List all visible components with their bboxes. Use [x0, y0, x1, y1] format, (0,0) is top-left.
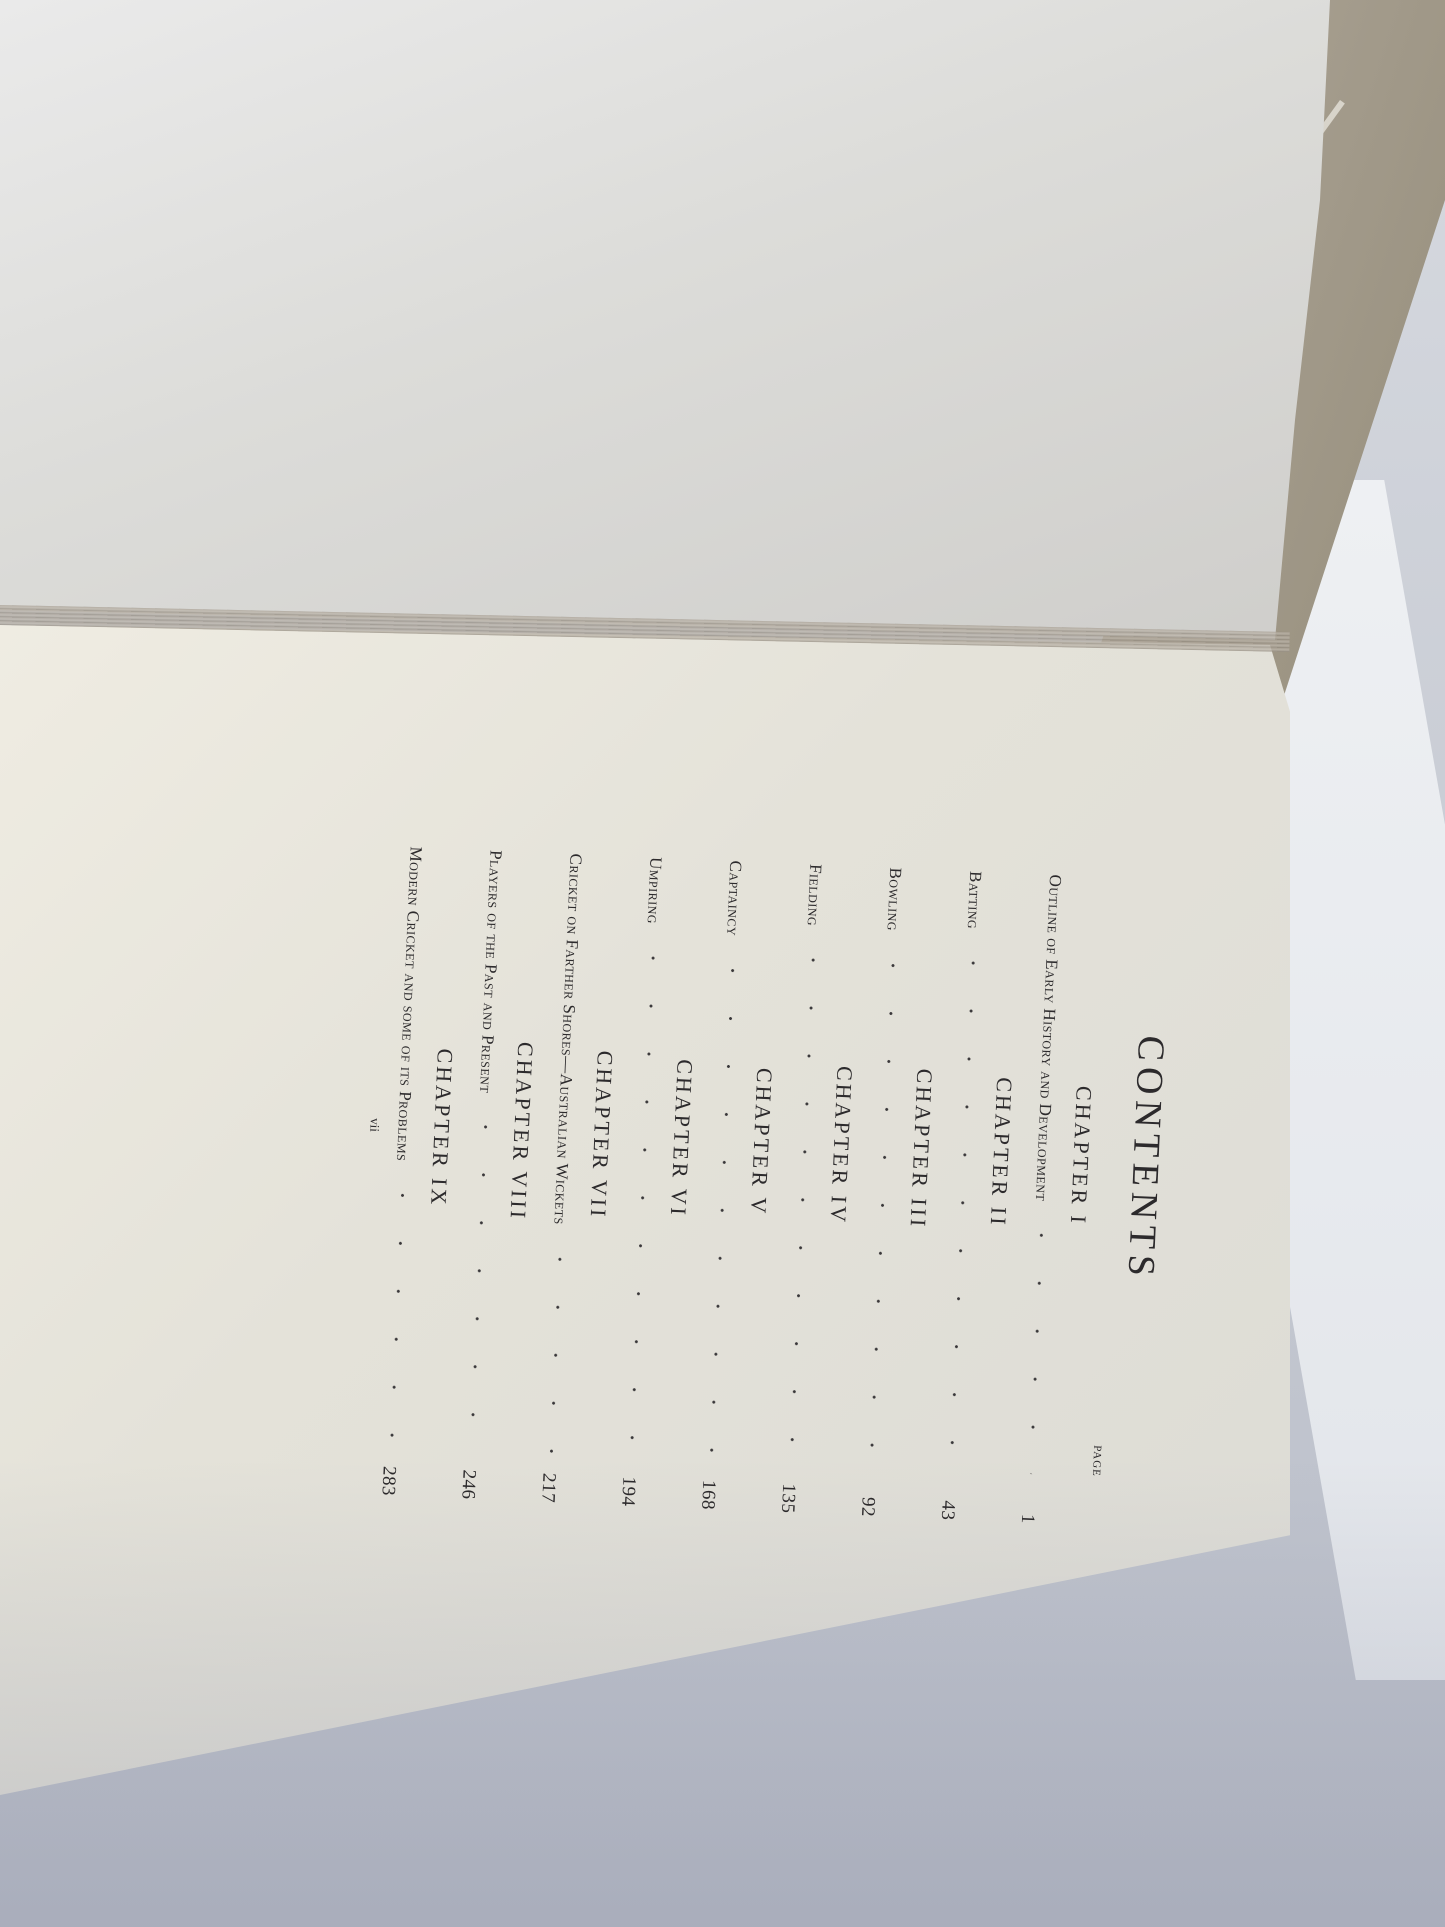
entry-title: Umpiring	[643, 857, 666, 925]
chapter-heading: CHAPTER V	[736, 862, 786, 1423]
chapter-3: CHAPTER III Bowling 92	[851, 867, 946, 1629]
chapter-heading: CHAPTER VIII	[496, 851, 546, 1412]
chapter-heading: CHAPTER IV	[816, 865, 866, 1426]
page-number: 194	[616, 1466, 640, 1507]
chapter-heading: CHAPTER IX	[416, 848, 466, 1409]
entry-title: Bowling	[883, 867, 906, 931]
dot-leader	[389, 1171, 407, 1446]
chapter-heading: CHAPTER VI	[656, 858, 706, 1419]
page-number: 1	[1016, 1483, 1040, 1524]
entry-title: Captaincy	[722, 860, 745, 936]
page-number: 283	[376, 1456, 400, 1497]
entry-title: Outline of Early History and Development	[1031, 874, 1065, 1202]
chapter-7: CHAPTER VII Cricket on Farther Shores—Au…	[531, 853, 626, 1615]
chapter-8: CHAPTER VIII Players of the Past and Pre…	[452, 850, 547, 1612]
chapter-heading: CHAPTER VII	[576, 855, 626, 1416]
entry-title: Fielding	[803, 864, 826, 927]
entry-title: Modern Cricket and some of its Problems	[392, 846, 426, 1162]
page-number: 43	[936, 1480, 960, 1521]
entry-title: Players of the Past and Present	[475, 850, 506, 1094]
chapter-6: CHAPTER VI Umpiring 194	[611, 857, 706, 1619]
dot-leader	[548, 1235, 564, 1454]
page-number: 92	[856, 1477, 880, 1518]
dot-leader	[948, 939, 977, 1471]
dot-leader	[628, 934, 657, 1457]
dot-leader	[468, 1103, 489, 1450]
page-number: 168	[696, 1470, 720, 1511]
page-number: 217	[536, 1463, 560, 1504]
dot-leader	[868, 941, 897, 1467]
chapter-2: CHAPTER II Batting 43	[931, 871, 1026, 1633]
chapter-heading: CHAPTER III	[896, 869, 946, 1430]
page-number: 246	[456, 1459, 480, 1500]
chapter-heading: CHAPTER II	[976, 872, 1026, 1433]
blank-facing-page	[0, 0, 1330, 640]
toc-content: CONTENTS PAGE CHAPTER I Outline of Early…	[346, 845, 1180, 1639]
entry-title: Batting	[963, 871, 986, 930]
entry-title: Cricket on Farther Shores—Australian Wic…	[549, 853, 585, 1225]
dot-leader	[788, 936, 817, 1464]
page-number: 135	[776, 1473, 800, 1514]
chapter-1: CHAPTER I Outline of Early History and D…	[1011, 874, 1106, 1636]
dot-leader	[1028, 1211, 1045, 1474]
chapter-4: CHAPTER IV Fielding 135	[771, 864, 866, 1626]
table-of-contents: CONTENTS PAGE CHAPTER I Outline of Early…	[100, 880, 1180, 1760]
chapter-5: CHAPTER V Captaincy 168	[691, 860, 786, 1622]
dot-leader	[708, 946, 736, 1460]
